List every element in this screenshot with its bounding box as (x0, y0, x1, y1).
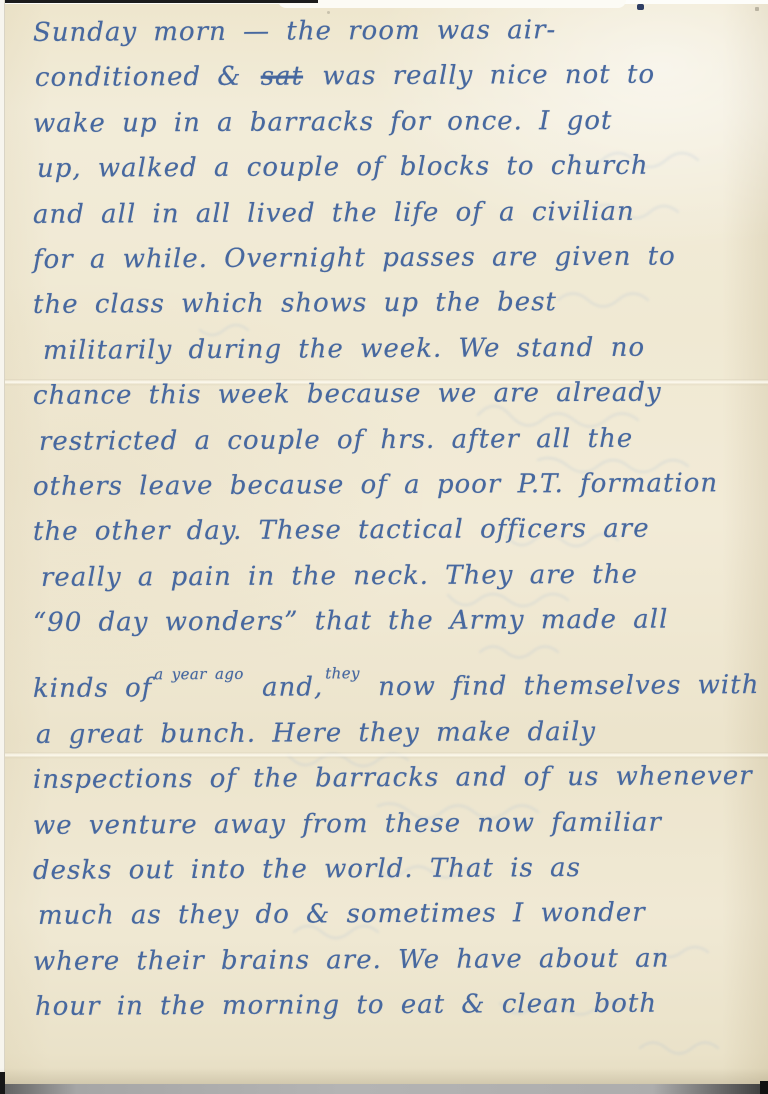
line-text: much as they do & sometimes I wonder (38, 898, 646, 931)
letter-line: the class which shows up the best (33, 286, 753, 335)
line-text: inspections of the barracks and of us wh… (33, 761, 753, 795)
scanned-letter-page: Sunday morn — the room was air- conditio… (0, 0, 768, 1094)
letter-line: the other day. These tactical officers a… (33, 513, 753, 562)
letter-line: inspections of the barracks and of us wh… (33, 761, 753, 810)
letter-body: Sunday morn — the room was air- conditio… (33, 16, 753, 1036)
letter-line: we venture away from these now familiar (33, 807, 753, 856)
line-text: others leave because of a poor P.T. form… (33, 468, 718, 502)
letter-line: a great bunch. Here they make daily (33, 716, 753, 765)
line-text: militarily during the week. We stand no (43, 332, 645, 365)
line-text: up, walked a couple of blocks to church (37, 151, 649, 184)
line-text: Sunday morn — the room was air- (33, 15, 556, 48)
scan-corner-bottom-right (760, 1081, 768, 1094)
line-text: chance this week because we are already (33, 378, 662, 411)
line-text: for a while. Overnight passes are given … (33, 241, 676, 274)
struck-out-word: sat (261, 62, 303, 92)
letter-line: desks out into the world. That is as (33, 852, 753, 901)
paper-speck (755, 7, 759, 11)
letter-line: really a pain in the neck. They are the (33, 559, 753, 608)
letter-line: kinds ofa year ago and,they now find the… (33, 671, 753, 720)
letter-line: Sunday morn — the room was air- (33, 14, 753, 63)
letter-line: restricted a couple of hrs. after all th… (33, 423, 753, 472)
line-text: restricted a couple of hrs. after all th… (39, 423, 633, 456)
line-text: desks out into the world. That is as (33, 853, 581, 886)
line-text: hour in the morning to eat & clean both (35, 989, 657, 1022)
scan-top-shadow (0, 0, 318, 3)
letter-line: for a while. Overnight passes are given … (33, 241, 753, 290)
line-text: kinds of (33, 674, 152, 705)
inserted-word: they (325, 665, 360, 683)
letter-line: “90 day wonders” that the Army made all (33, 604, 753, 653)
line-text: the other day. These tactical officers a… (33, 514, 650, 547)
scan-bottom-edge (0, 1084, 768, 1094)
line-text: conditioned & (35, 62, 258, 93)
letter-line: much as they do & sometimes I wonder (33, 898, 753, 947)
letter-line: and all in all lived the life of a civil… (33, 196, 753, 245)
line-text: the class which shows up the best (33, 287, 557, 320)
line-text: and, (246, 673, 324, 703)
scan-corner-bottom-left (0, 1072, 5, 1094)
line-text: was really nice not to (306, 60, 655, 92)
letter-line: chance this week because we are already (33, 377, 753, 426)
line-text: “90 day wonders” that the Army made all (33, 605, 669, 638)
line-text: we venture away from these now familiar (33, 807, 662, 840)
line-text: a great bunch. Here they make daily (36, 717, 596, 750)
line-text: and all in all lived the life of a civil… (33, 196, 635, 229)
line-text: where their brains are. We have about an (33, 943, 670, 976)
line-text: now find themselves with (362, 671, 760, 703)
line-text: really a pain in the neck. They are the (41, 559, 638, 592)
scan-left-edge (0, 0, 5, 1085)
ink-speck (637, 4, 644, 10)
letter-line: militarily during the week. We stand no (33, 332, 753, 381)
inserted-word: a year ago (154, 665, 244, 683)
letter-line: conditioned & sat was really nice not to (33, 60, 753, 109)
page-bottom-shadow (0, 1068, 768, 1084)
letter-line: hour in the morning to eat & clean both (33, 988, 753, 1037)
letter-line: up, walked a couple of blocks to church (33, 150, 753, 199)
letter-line: where their brains are. We have about an (33, 943, 753, 992)
paper-top-deckle (278, 0, 626, 8)
line-text: wake up in a barracks for once. I got (33, 106, 613, 139)
letter-line: wake up in a barracks for once. I got (33, 105, 753, 154)
letter-line: others leave because of a poor P.T. form… (33, 468, 753, 517)
paper-speck (327, 11, 330, 14)
